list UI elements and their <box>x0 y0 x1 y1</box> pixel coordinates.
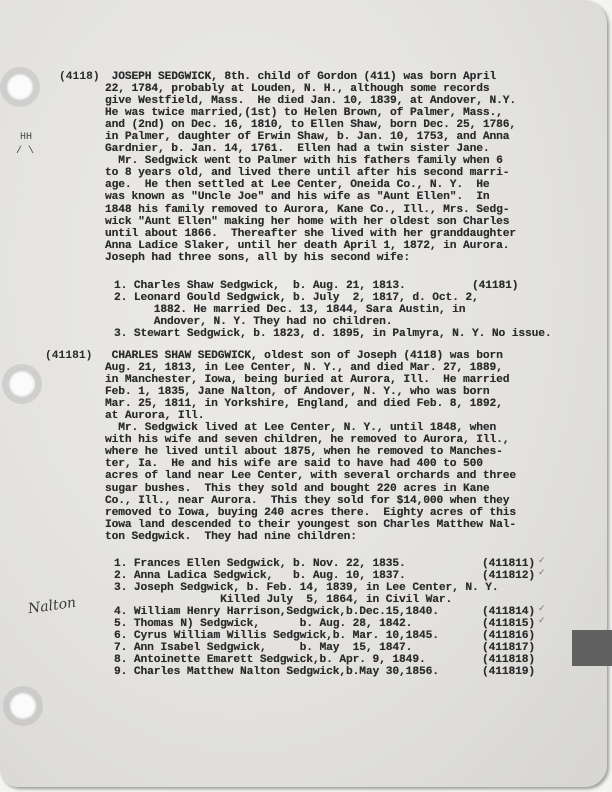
child-ref: (411818) <box>482 654 535 666</box>
child-ref: (411812) <box>482 570 535 582</box>
handwritten-nalton: Nalton <box>27 595 77 618</box>
child-row: 7. Ann Isabel Sedgwick, b. May 15, 1847.… <box>114 642 554 654</box>
child-text: 8. Antoinette Emarett Sedgwick,b. Apr. 9… <box>114 654 426 666</box>
check-mark-icon: ✓ <box>538 568 546 578</box>
child-text: 7. Ann Isabel Sedgwick, b. May 15, 1847. <box>114 642 412 654</box>
child-ref: (411819) <box>482 666 535 678</box>
check-mark-icon: ✓ <box>538 616 546 626</box>
check-mark-icon: ✓ <box>538 556 546 566</box>
child-ref: (411815) <box>482 618 535 630</box>
child-row: 3. Joseph Sedgwick, b. Feb. 14, 1839, in… <box>114 582 554 594</box>
child-text: 3. Joseph Sedgwick, b. Feb. 14, 1839, in… <box>114 582 499 594</box>
child-ref: (411817) <box>482 642 535 654</box>
punch-hole-top <box>6 73 34 101</box>
entry-4118-children: 1. Charles Shaw Sedgwick, b. Aug. 21, 18… <box>114 280 552 340</box>
entry-ref-4118: (4118) <box>59 71 100 83</box>
document-page: HH / \ (4118) JOSEPH SEDGWICK, 8th. chil… <box>0 0 607 787</box>
child-text: Killed July 5, 1864, in Civil War. <box>114 594 452 606</box>
entry-4118-text: JOSEPH SEDGWICK, 8th. child of Gordon (4… <box>105 71 516 264</box>
child-ref: (411816) <box>482 630 535 642</box>
child-text: 4. William Henry Harrison,Sedgwick,b.Dec… <box>114 606 439 618</box>
child-row: 1. Frances Ellen Sedgwick, b. Nov. 22, 1… <box>114 558 554 570</box>
child-text: 5. Thomas N) Sedgwick, b. Aug. 28, 1842. <box>114 618 412 630</box>
child-row: 4. William Henry Harrison,Sedgwick,b.Dec… <box>114 606 554 618</box>
entry-41181-text: CHARLES SHAW SEDGWICK, oldest son of Jos… <box>105 350 516 543</box>
child-row: 9. Charles Matthew Nalton Sedgwick,b.May… <box>114 666 554 678</box>
punch-hole-middle <box>8 370 36 398</box>
margin-initials: HH <box>20 132 32 143</box>
margin-marks: / \ <box>16 146 34 157</box>
child-row: 8. Antoinette Emarett Sedgwick,b. Apr. 9… <box>114 654 554 666</box>
child-row: Killed July 5, 1864, in Civil War. <box>114 594 554 606</box>
child-row: 2. Anna Ladica Sedgwick, b. Aug. 10, 183… <box>114 570 554 582</box>
entry-ref-41181: (41181) <box>45 350 92 362</box>
child-row: 5. Thomas N) Sedgwick, b. Aug. 28, 1842.… <box>114 618 554 630</box>
check-mark-icon: ✓ <box>538 604 546 614</box>
child-ref: (411811) <box>482 558 535 570</box>
child-row: 6. Cyrus William Willis Sedgwick,b. Mar.… <box>114 630 554 642</box>
punch-hole-bottom <box>9 692 37 720</box>
index-tab <box>572 630 612 666</box>
child-text: 1. Frances Ellen Sedgwick, b. Nov. 22, 1… <box>114 558 406 570</box>
child-text: 2. Anna Ladica Sedgwick, b. Aug. 10, 183… <box>114 570 406 582</box>
child-ref: (411814) <box>482 606 535 618</box>
child-text: 9. Charles Matthew Nalton Sedgwick,b.May… <box>114 666 439 678</box>
child-text: 6. Cyrus William Willis Sedgwick,b. Mar.… <box>114 630 439 642</box>
